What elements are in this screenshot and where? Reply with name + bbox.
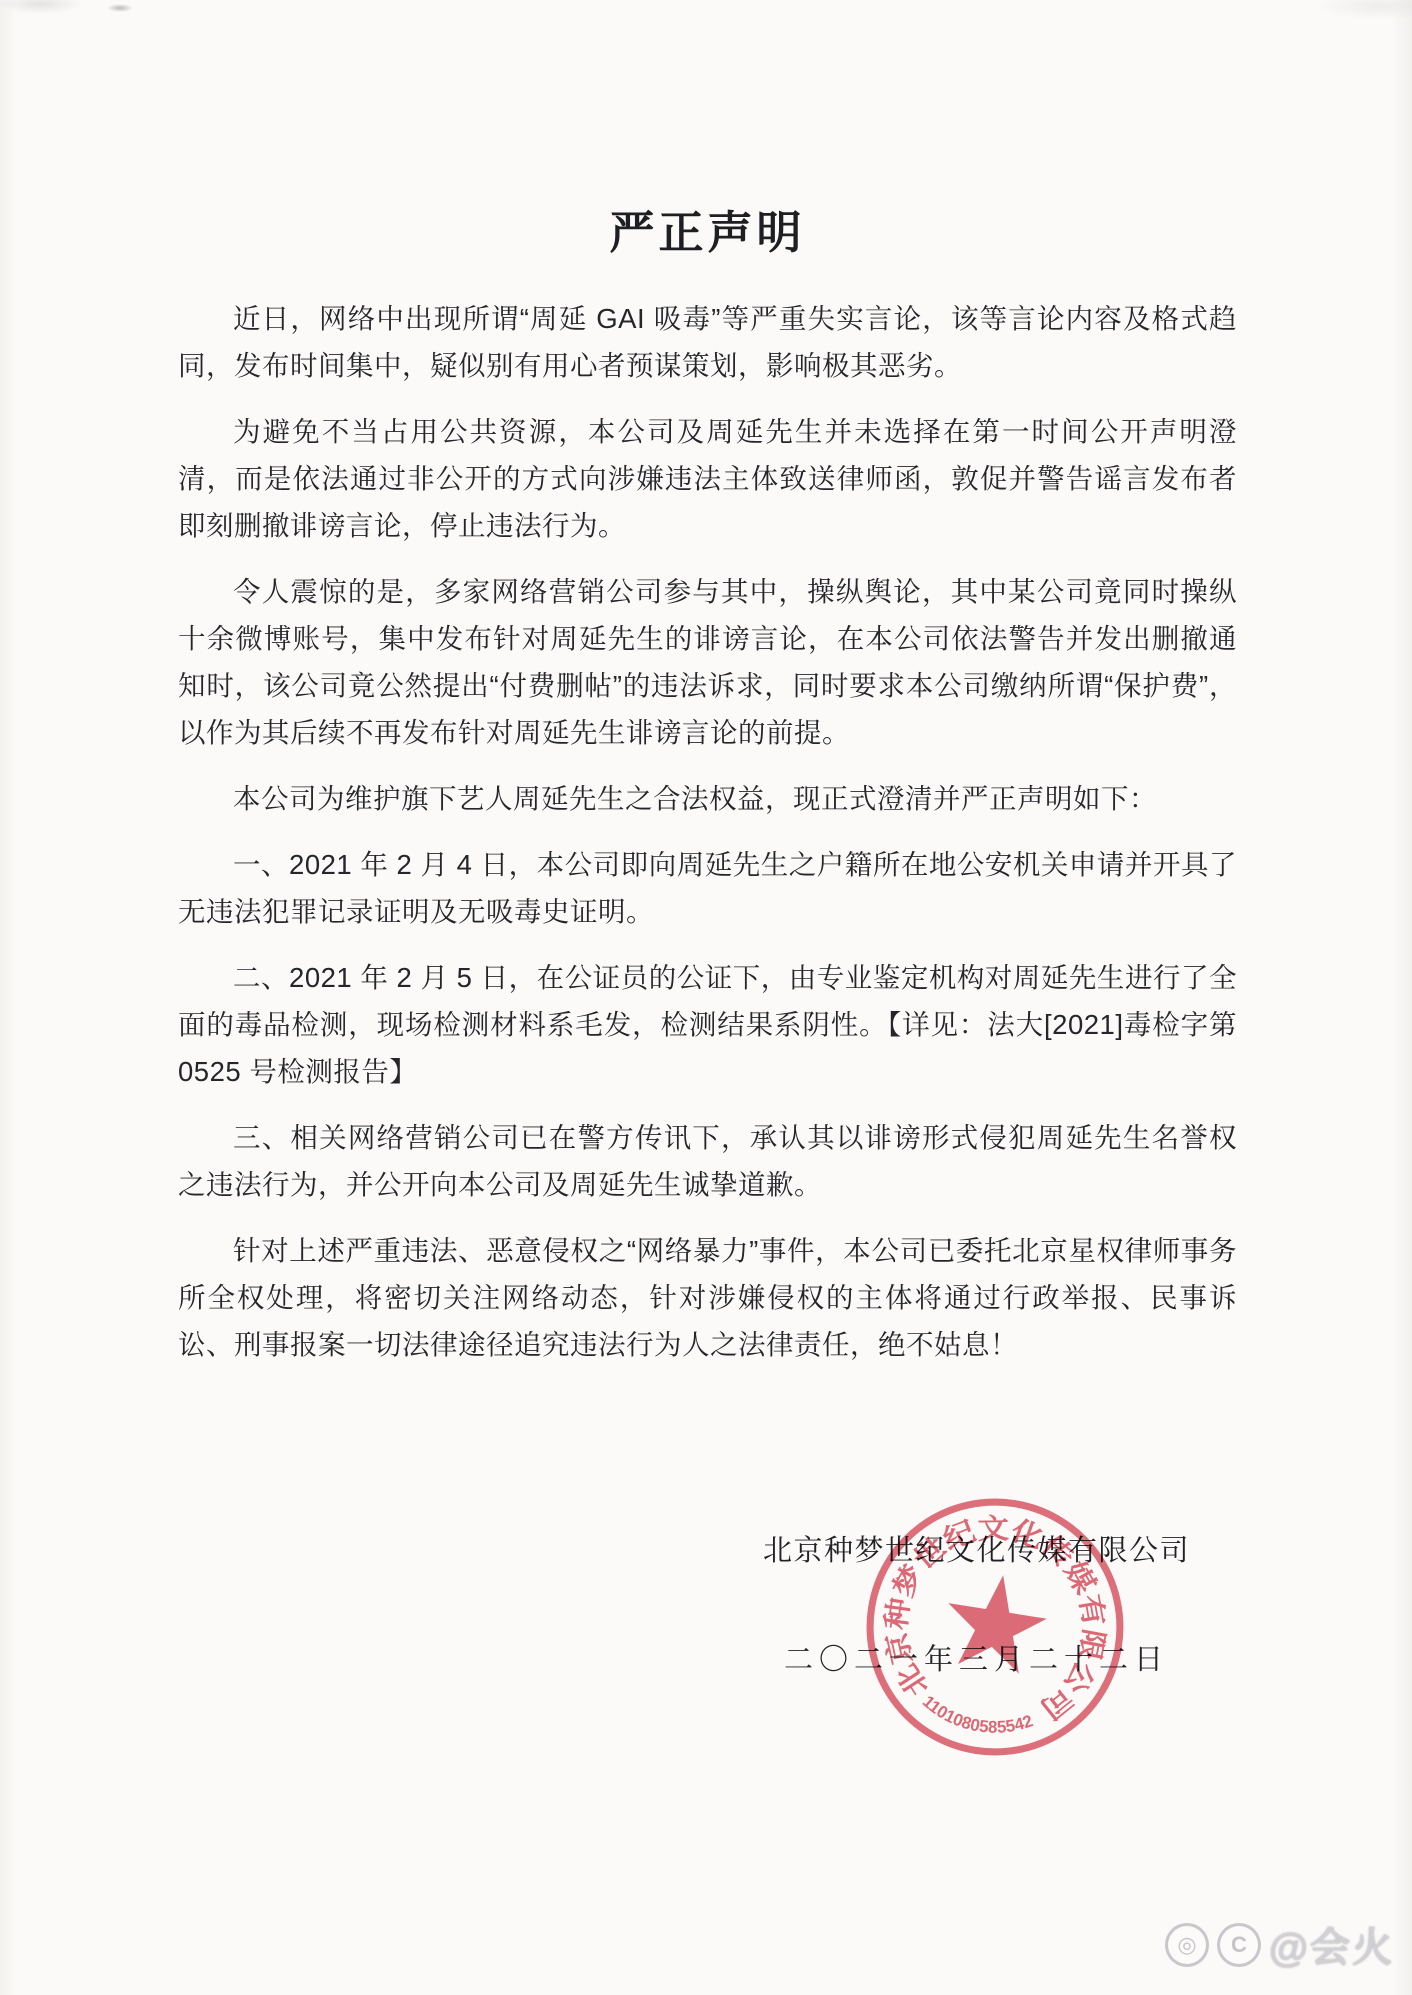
document-title: 严正声明 xyxy=(178,196,1237,261)
statement-paragraph: 一、2021 年 2 月 4 日，本公司即向周延先生之户籍所在地公安机关申请并开… xyxy=(178,841,1237,935)
watermark-logo-icon: C xyxy=(1217,1923,1261,1967)
statement-paragraph: 二、2021 年 2 月 5 日，在公证员的公证下，由专业鉴定机构对周延先生进行… xyxy=(178,954,1237,1095)
document-content: 严正声明 近日，网络中出现所谓“周延 GAI 吸毒”等严重失实言论，该等言论内容… xyxy=(178,196,1237,1368)
statement-paragraph: 为避免不当占用公共资源，本公司及周延先生并未选择在第一时间公开声明澄清，而是依法… xyxy=(178,408,1237,549)
statement-paragraph: 令人震惊的是，多家网络营销公司参与其中，操纵舆论，其中某公司竟同时操纵十余微博账… xyxy=(178,568,1237,756)
statement-paragraph: 三、相关网络营销公司已在警方传讯下，承认其以诽谤形式侵犯周延先生名誉权之违法行为… xyxy=(178,1114,1237,1208)
seal-star-icon xyxy=(939,1567,1052,1676)
watermark-text: @会火 xyxy=(1269,1916,1394,1973)
scan-artifacts xyxy=(0,0,1412,70)
statement-paragraph: 本公司为维护旗下艺人周延先生之合法权益，现正式澄清并严正声明如下： xyxy=(178,775,1237,822)
statement-body: 近日，网络中出现所谓“周延 GAI 吸毒”等严重失实言论，该等言论内容及格式趋同… xyxy=(178,295,1237,1368)
statement-paragraph: 近日，网络中出现所谓“周延 GAI 吸毒”等严重失实言论，该等言论内容及格式趋同… xyxy=(178,295,1237,389)
statement-paragraph: 针对上述严重违法、恶意侵权之“网络暴力”事件，本公司已委托北京星权律师事务所全权… xyxy=(178,1227,1237,1368)
watermark-camera-icon: ◎ xyxy=(1165,1923,1209,1967)
company-seal-stamp: 北京种梦世纪文化传媒有限公司 1101080585542 xyxy=(858,1490,1132,1764)
weibo-watermark: ◎ C @会火 xyxy=(1165,1916,1394,1973)
statement-document-page: 严正声明 近日，网络中出现所谓“周延 GAI 吸毒”等严重失实言论，该等言论内容… xyxy=(0,0,1412,1995)
